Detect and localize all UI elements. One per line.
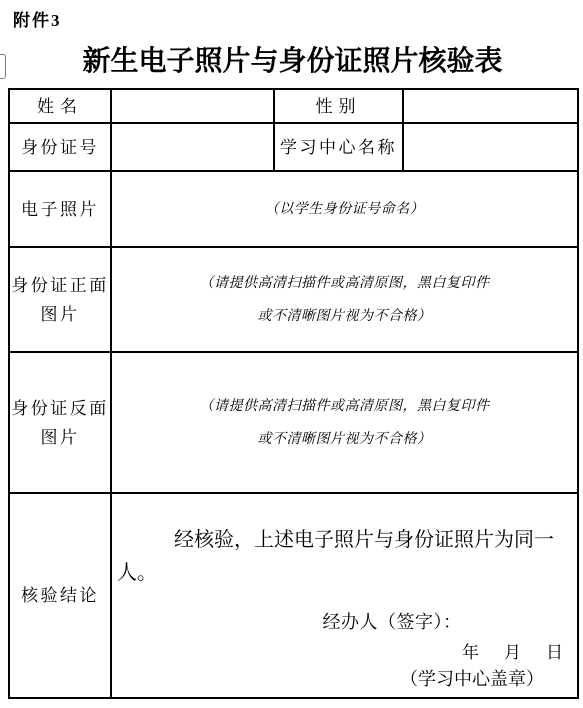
conclusion-label: 核验结论 — [9, 493, 111, 698]
verification-table: 姓名 性别 身份证号 学习中心名称 电子照片 （以学生身份证号命名） 身份证正面… — [8, 88, 579, 699]
learning-center-label: 学习中心名称 — [274, 123, 403, 171]
table-row: 身份证号 学习中心名称 — [9, 123, 578, 171]
gender-value-cell[interactable] — [403, 89, 578, 123]
table-row: 电子照片 （以学生身份证号命名） — [9, 171, 578, 247]
table-row: 身份证正面 图片 （请提供高清扫描件或高清原图，黑白复印件 或不清晰图片视为不合… — [9, 247, 578, 352]
id-number-value-cell[interactable] — [111, 123, 274, 171]
id-front-photo-label: 身份证正面 图片 — [9, 247, 111, 352]
electronic-photo-note: （以学生身份证号命名） — [265, 193, 425, 226]
signature-line: 经办人（签字）： — [112, 610, 583, 634]
id-back-photo-note: （请提供高清扫描件或高清原图，黑白复印件 或不清晰图片视为不合格） — [200, 390, 490, 456]
name-value-cell[interactable] — [111, 89, 274, 123]
conclusion-content-cell[interactable]: 经核验，上述电子照片与身份证照片为同一人。 经办人（签字）： 年 月 日 （学习… — [111, 493, 578, 698]
id-back-photo-area[interactable]: （请提供高清扫描件或高清原图，黑白复印件 或不清晰图片视为不合格） — [111, 352, 578, 493]
date-line: 年 月 日 — [117, 641, 572, 664]
gender-label: 性别 — [274, 89, 403, 123]
seal-line: （学习中心盖章） — [117, 667, 572, 692]
id-front-photo-area[interactable]: （请提供高清扫描件或高清原图，黑白复印件 或不清晰图片视为不合格） — [111, 247, 578, 352]
conclusion-statement: 经核验，上述电子照片与身份证照片为同一人。 — [117, 524, 575, 590]
learning-center-value-cell[interactable] — [403, 123, 578, 171]
name-label: 姓名 — [9, 89, 111, 123]
table-row: 姓名 性别 — [9, 89, 578, 123]
electronic-photo-area[interactable]: （以学生身份证号命名） — [111, 171, 578, 247]
attachment-label: 附件3 — [13, 6, 62, 31]
id-back-photo-label: 身份证反面 图片 — [9, 352, 111, 493]
left-edge-handle-icon — [0, 54, 6, 79]
id-front-photo-note: （请提供高清扫描件或高清原图，黑白复印件 或不清晰图片视为不合格） — [200, 267, 490, 333]
table-row: 核验结论 经核验，上述电子照片与身份证照片为同一人。 经办人（签字）： 年 月 … — [9, 493, 578, 698]
electronic-photo-label: 电子照片 — [9, 171, 111, 247]
page-title: 新生电子照片与身份证照片核验表 — [8, 39, 577, 79]
id-number-label: 身份证号 — [9, 123, 111, 171]
table-row: 身份证反面 图片 （请提供高清扫描件或高清原图，黑白复印件 或不清晰图片视为不合… — [9, 352, 578, 493]
